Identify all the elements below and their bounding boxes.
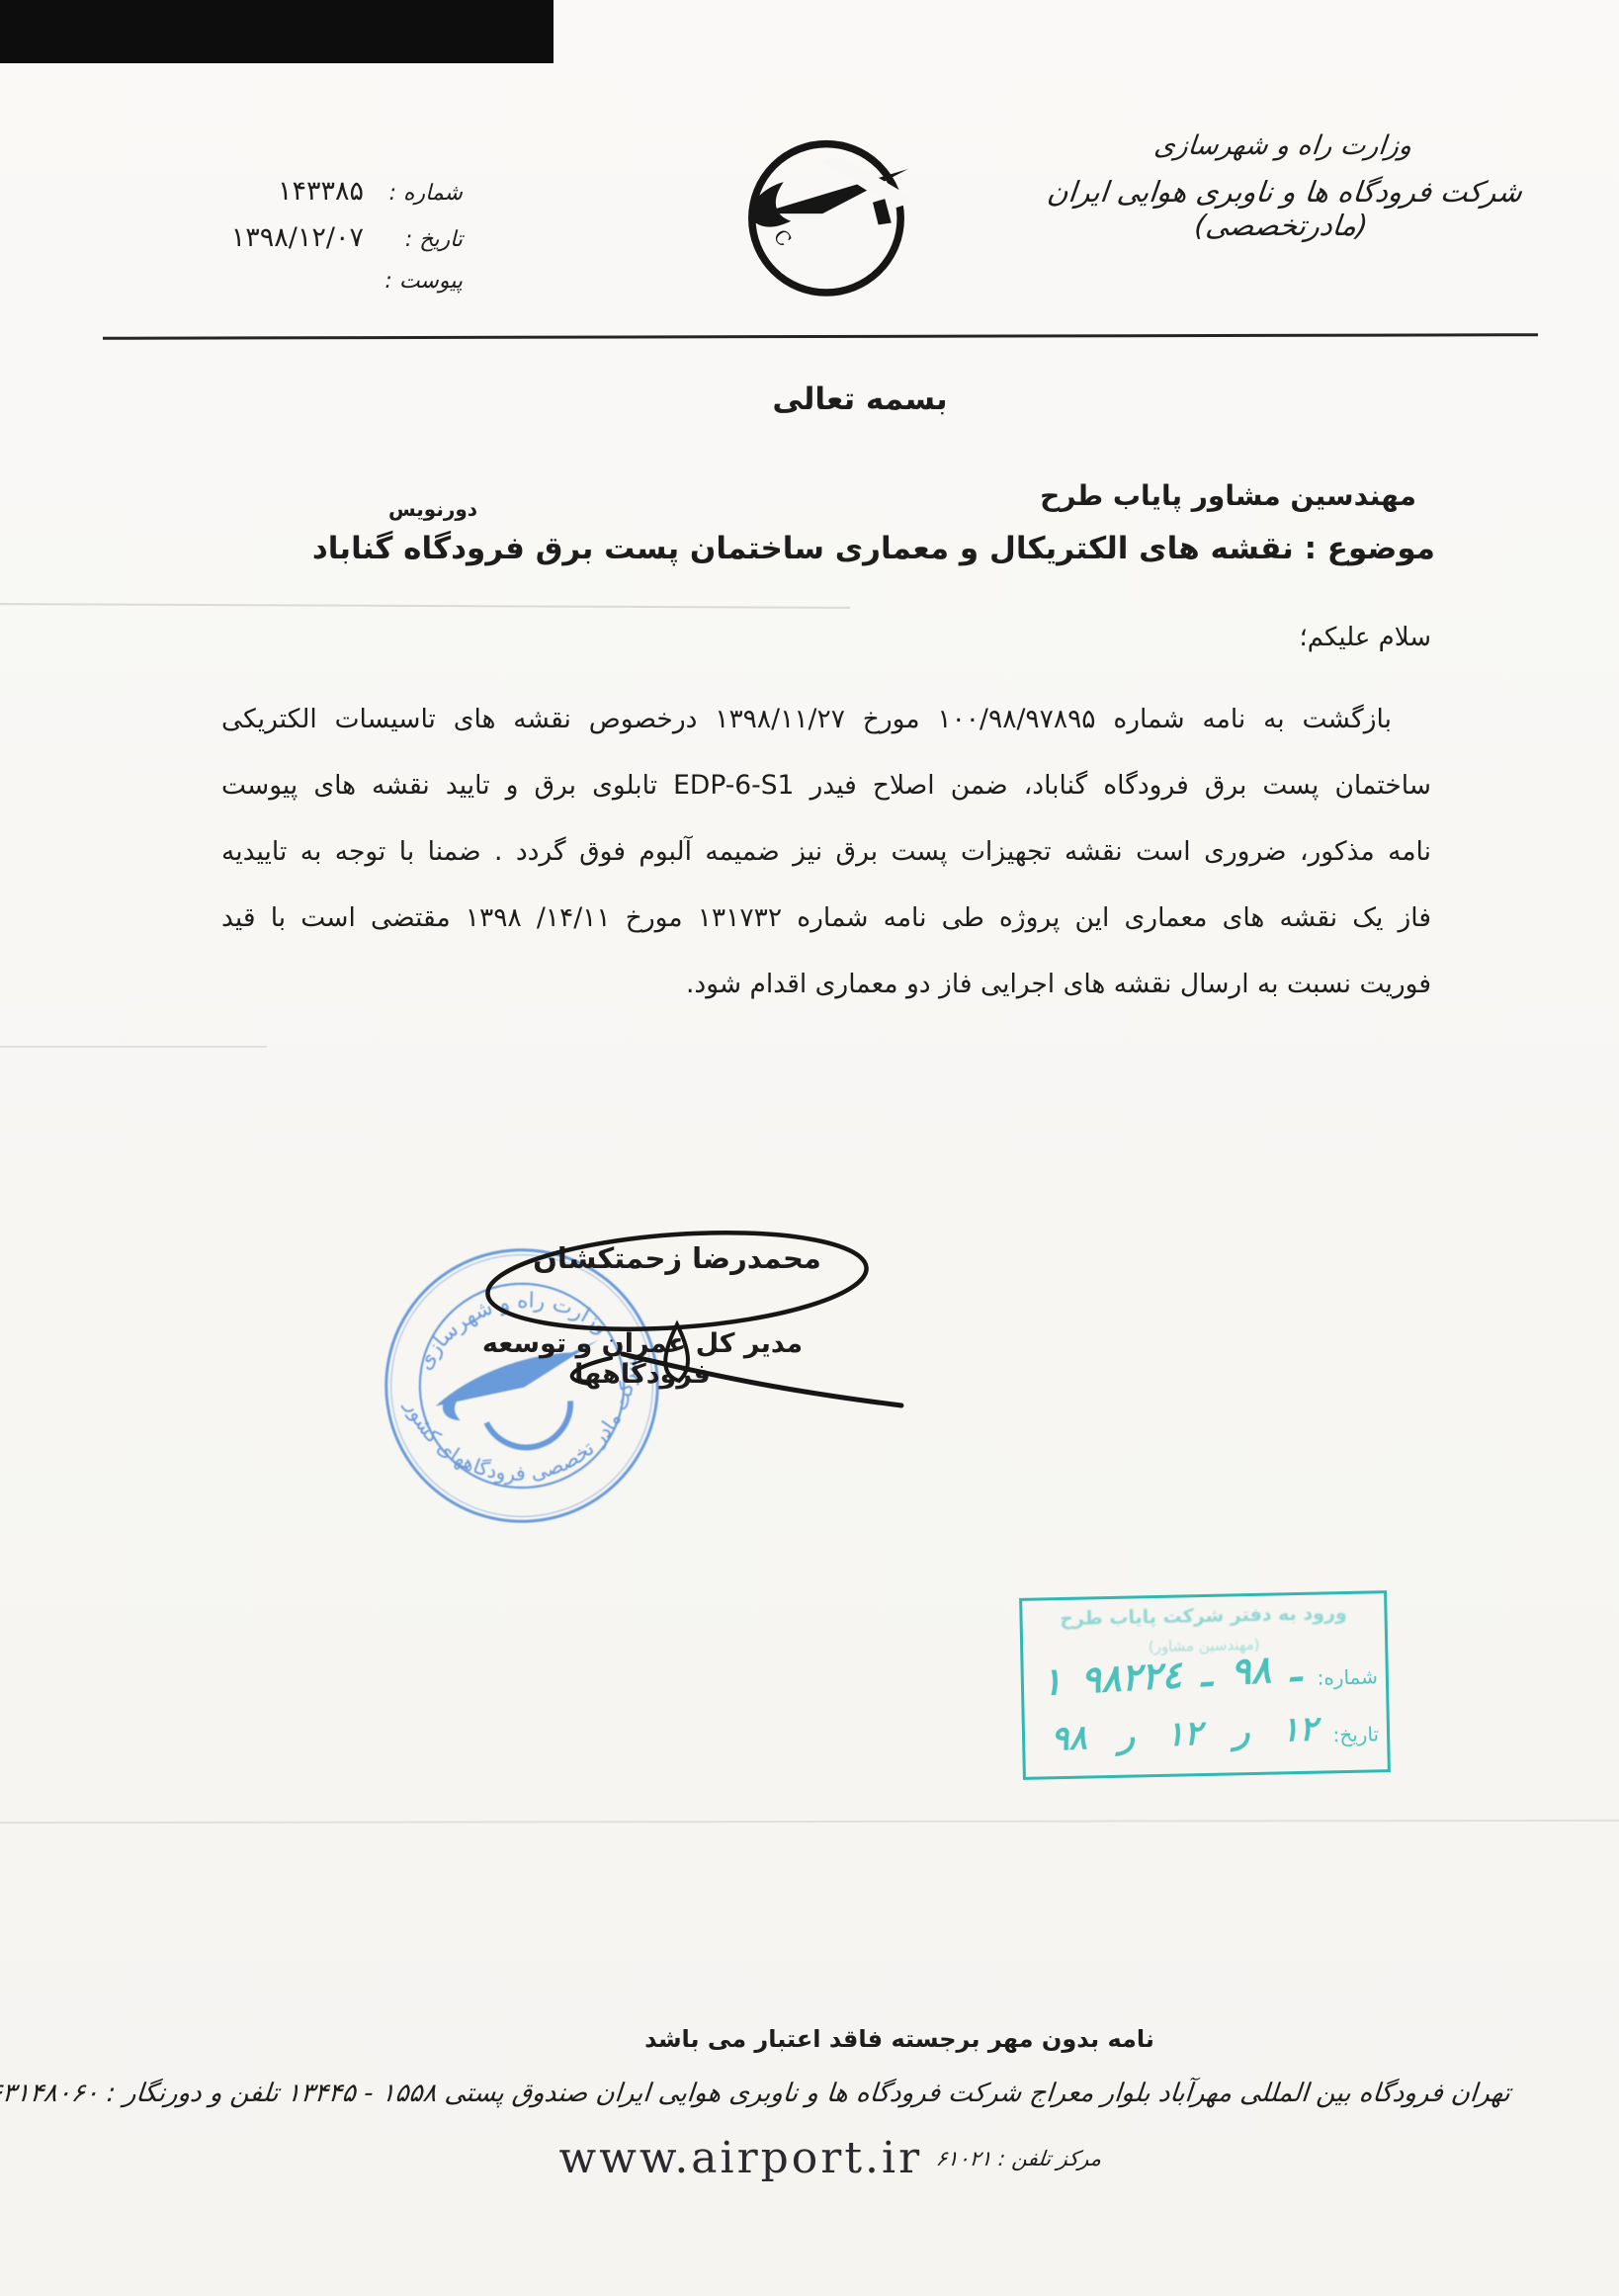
receipt-number-label: شماره:	[1317, 1664, 1378, 1689]
scan-edge-artifact	[0, 0, 554, 63]
body-line: فوریت نسبت به ارسال نقشه های اجرایی فاز …	[221, 951, 1431, 1017]
iac-logo: I A C	[733, 123, 919, 308]
letter-meta-block: شماره : ۱۴۳۳۸۵ تاریخ : ۱۳۹۸/۱۲/۰۷ پیوست …	[146, 176, 463, 309]
body-paragraph: بازگشت به نامه شماره ۱۰۰/۹۸/۹۷۸۹۵ مورخ ۱…	[221, 686, 1431, 1017]
receipt-stamp: ورود به دفتر شرکت پایاب طرح (مهندسین مشا…	[1019, 1590, 1391, 1780]
receipt-date-value: ۱۲ ر ۱۲ ر ۹۸	[1050, 1709, 1318, 1758]
scanned-letter-page: وزارت راه و شهرسازی شرکت فرودگاه ها و نا…	[0, 0, 1619, 2296]
number-value: ۱۴۳۳۸۵	[278, 176, 364, 207]
signature-scribble	[474, 1208, 939, 1445]
header-divider	[103, 333, 1538, 339]
company-name: شرکت فرودگاه ها و ناوبری هوایی ایران (ما…	[1012, 175, 1553, 242]
receipt-date-label: تاریخ:	[1332, 1722, 1379, 1746]
receipt-title: ورود به دفتر شرکت پایاب طرح	[1022, 1601, 1384, 1631]
copy-note: دورنویس	[388, 497, 477, 521]
address-line: تهران فرودگاه بین المللی مهرآباد بلوار م…	[296, 2079, 1512, 2108]
footer-contact-row: مرکز تلفن : ۶۱۰۲۱ www.airport.ir	[514, 2133, 1147, 2183]
scan-crease	[0, 1046, 267, 1048]
body-line: فاز یک نقشه های معماری این پروژه طی نامه…	[221, 885, 1431, 951]
date-value: ۱۳۹۸/۱۲/۰۷	[231, 222, 364, 253]
scan-crease	[0, 603, 850, 609]
recipient-name: مهندسین مشاور پایاب طرح	[1040, 479, 1416, 512]
date-label: تاریخ :	[378, 227, 463, 252]
besmellah: بسمه تعالی	[652, 382, 1067, 417]
salutation: سلام علیکم؛	[1299, 623, 1431, 652]
body-line: ساختمان پست برق فرودگاه گناباد، ضمن اصلا…	[221, 752, 1431, 818]
letter-date-row: تاریخ : ۱۳۹۸/۱۲/۰۷	[146, 222, 463, 253]
call-center: مرکز تلفن : ۶۱۰۲۱	[935, 2147, 1103, 2170]
validity-note: نامه بدون مهر برجسته فاقد اعتبار می باشد	[633, 2025, 1166, 2053]
ministry-name: وزارت راه و شهرسازی	[1014, 130, 1551, 161]
website-url: www.airport.ir	[559, 2133, 923, 2183]
subject-line: موضوع : نقشه های الکتریکال و معماری ساخت…	[312, 531, 1435, 566]
letter-attachment-row: پیوست :	[146, 269, 463, 294]
scan-crease	[0, 1820, 1619, 1824]
letter-number-row: شماره : ۱۴۳۳۸۵	[146, 176, 463, 207]
letterhead-org-block: وزارت راه و شهرسازی شرکت فرودگاه ها و نا…	[1016, 130, 1550, 242]
body-line: نامه مذکور، ضروری است نقشه تجهیزات پست ب…	[221, 818, 1431, 885]
attachment-label: پیوست :	[378, 269, 463, 294]
body-line: بازگشت به نامه شماره ۱۰۰/۹۸/۹۷۸۹۵ مورخ ۱…	[221, 686, 1431, 752]
number-label: شماره :	[378, 181, 463, 206]
